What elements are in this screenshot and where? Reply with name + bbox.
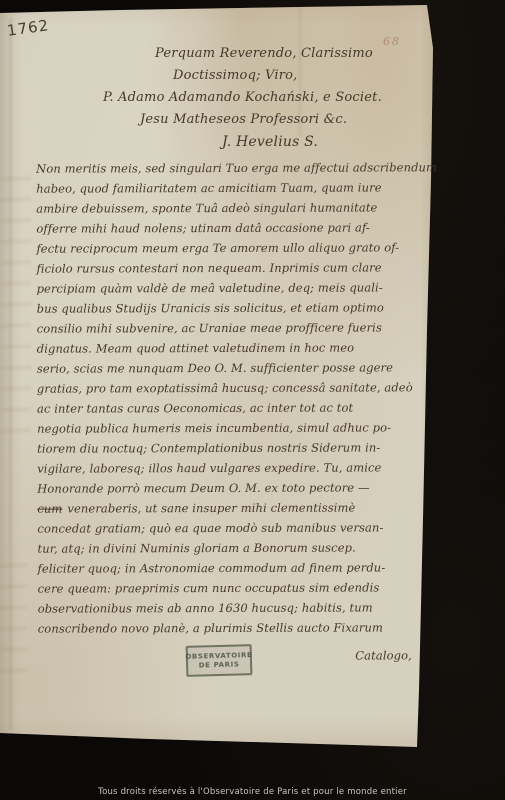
letter-heading-line: P. Adamo Adamando Kochański, e Societ. bbox=[103, 90, 382, 105]
manuscript-line: observationibus meis ab anno 1630 hucusq… bbox=[38, 597, 412, 618]
manuscript-line: serio, scias me nunquam Deo O. M. suffic… bbox=[37, 357, 411, 378]
letter-heading-line: Doctissimoq; Viro, bbox=[173, 68, 298, 83]
manuscript-line: vigilare, laboresq; illos haud vulgares … bbox=[37, 457, 411, 478]
manuscript-line: ac inter tantas curas Oeconomicas, ac in… bbox=[37, 397, 411, 418]
manuscript-line: Non meritis meis, sed singulari Tuo erga… bbox=[36, 157, 410, 178]
manuscript-line: Honorande porrò mecum Deum O. M. ex toto… bbox=[37, 477, 411, 498]
manuscript-line: habeo, quod familiaritatem ac amicitiam … bbox=[36, 177, 410, 198]
stamp-text-line: DE PARIS bbox=[199, 660, 240, 670]
manuscript-line-with-strikethrough: cumveneraberis, ut sane insuper mihi cle… bbox=[37, 497, 411, 518]
manuscript-line: offerre mihi haud nolens; utinam datâ oc… bbox=[36, 217, 410, 238]
manuscript-line: bus qualibus Studijs Uranicis sis solici… bbox=[37, 297, 411, 318]
struck-word: cum bbox=[37, 502, 62, 516]
manuscript-line: fectu reciprocum meum erga Te amorem ull… bbox=[36, 237, 410, 258]
manuscript-line: concedat gratiam; quò ea quae modò sub m… bbox=[37, 517, 411, 538]
copyright-caption: Tous droits réservés à l'Observatoire de… bbox=[0, 787, 505, 797]
letter-heading-line: Perquam Reverendo, Clarissimo bbox=[155, 46, 373, 61]
manuscript-line: tur, atq; in divini Numinis gloriam a Bo… bbox=[37, 537, 411, 558]
manuscript-line: ficiolo rursus contestari non nequeam. I… bbox=[36, 257, 410, 278]
letter-heading-line: Jesu Matheseos Professori &c. bbox=[140, 112, 347, 127]
manuscript-line: negotia publica humeris meis incumbentia… bbox=[37, 417, 411, 438]
manuscript-line: percipiam quàm valdè de meâ valetudine, … bbox=[37, 277, 411, 298]
manuscript-line: cere queam: praeprimis cum nunc occupatu… bbox=[38, 577, 412, 598]
manuscript-line-text: veneraberis, ut sane insuper mihi clemen… bbox=[67, 501, 355, 516]
manuscript-line: ambire debuissem, sponte Tuâ adeò singul… bbox=[36, 197, 410, 218]
manuscript-line: gratias, pro tam exoptatissimâ hucusq; c… bbox=[37, 377, 411, 398]
manuscript-line: dignatus. Meam quod attinet valetudinem … bbox=[37, 337, 411, 358]
manuscript-line: conscribendo novo planè, a plurimis Stel… bbox=[38, 617, 412, 638]
folio-number: 68 bbox=[383, 35, 401, 48]
ink-show-through bbox=[1, 555, 27, 685]
manuscript-line: feliciter quoq; in Astronomiae commodum … bbox=[38, 557, 412, 578]
letter-salutation: J. Hevelius S. bbox=[222, 134, 318, 150]
ink-show-through bbox=[1, 168, 31, 436]
manuscript-line: tiorem diu noctuq; Contemplationibus nos… bbox=[37, 437, 411, 458]
manuscript-line: consilio mihi subvenire, ac Uraniae meae… bbox=[37, 317, 411, 338]
manuscript-scan: 1762 68 Perquam Reverendo, Clarissimo Do… bbox=[0, 0, 505, 800]
letter-body: Non meritis meis, sed singulari Tuo erga… bbox=[36, 157, 412, 666]
library-stamp: OBSERVATOIRE DE PARIS bbox=[186, 644, 253, 677]
